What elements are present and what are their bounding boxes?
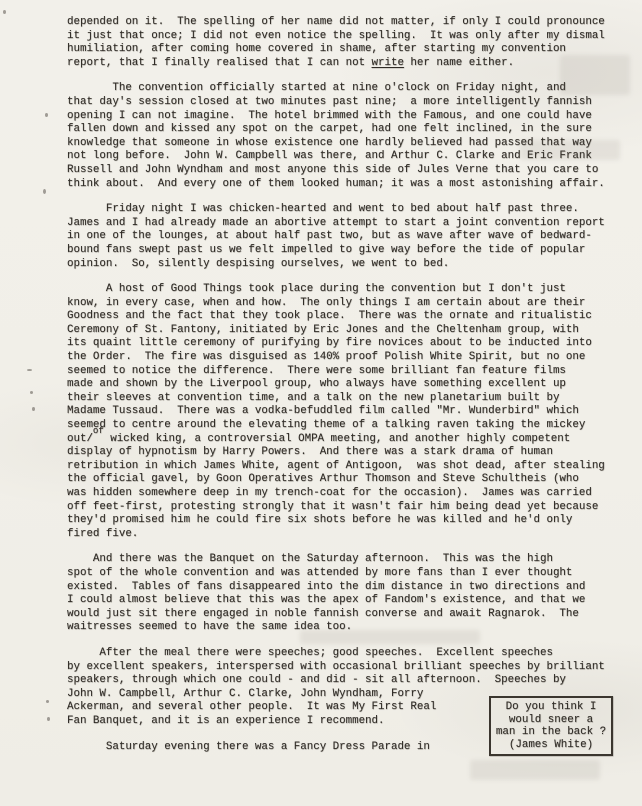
ink-speck [32,407,35,411]
paragraph-4: A host of Good Things took place during … [67,283,615,541]
text-line: they'd promised him he could fire six sh… [67,514,615,528]
text-line: Goodness and the fact that they took pla… [67,310,615,324]
text-line: I could almost believe that this was the… [67,594,615,608]
text-line: display of hypnotism by Harry Powers. An… [67,446,615,460]
document-body: depended on it. The spelling of her name… [67,16,615,766]
text-line: their sleeves at convention time, and a … [67,392,615,406]
text-line: Friday night I was chicken-hearted and w… [67,203,615,217]
text-line: it just that once; I did not even notice… [67,30,615,44]
text-line: After the meal there were speeches; good… [67,647,615,661]
inset-quote-box: Do you think Iwould sneer aman in the ba… [489,696,613,756]
bleed-through-smudge [560,55,630,95]
text-line: know, in every case, when and how. The o… [67,297,615,311]
ink-speck [3,10,6,14]
text-line: opinion. So, silently despising ourselve… [67,258,615,272]
paragraph-1: depended on it. The spelling of her name… [67,16,615,70]
text-line: bound fans swept past us we felt impelle… [67,244,615,258]
text-line: its quaint little ceremony of purifying … [67,337,615,351]
text-line: report, that I finally realised that I c… [67,57,615,71]
text-line: depended on it. The spelling of her name… [67,16,615,30]
text-line: the official gavel, by Goon Operatives A… [67,473,615,487]
text-line: Madame Tussaud. There was a vodka-befudd… [67,405,615,419]
text-line: retribution in which James White, agent … [67,460,615,474]
text-line: that day's session closed at two minutes… [67,96,615,110]
text-line: spot of the whole convention and was att… [67,567,615,581]
text-line: A host of Good Things took place during … [67,283,615,297]
text-line: seemed to centre around the elevating th… [67,419,615,433]
text-line: speakers, through which one could - and … [67,674,615,688]
text-line: The convention officially started at nin… [67,82,615,96]
text-line: by excellent speakers, interspersed with… [67,661,615,675]
text-line: James and I had already made an abortive… [67,217,615,231]
ink-speck [30,391,33,394]
text-line: And there was the Banquet on the Saturda… [67,553,615,567]
text-line: fallen down and kissed any spot on the c… [67,123,615,137]
text-line: would just sit there engaged in noble fa… [67,608,615,622]
text-line: Russell and John Wyndham and most anyone… [67,164,615,178]
text-line: out/of wicked king, a controversial OMPA… [67,433,615,447]
text-line: seemed to notice the difference. There w… [67,365,615,379]
bleed-through-smudge [520,140,620,160]
paragraph-2: The convention officially started at nin… [67,82,615,191]
paragraph-5: And there was the Banquet on the Saturda… [67,553,615,635]
text-line: Ceremony of St. Fantony, initiated by Er… [67,324,615,338]
paragraph-3: Friday night I was chicken-hearted and w… [67,203,615,271]
text-line: humiliation, after coming home covered i… [67,43,615,57]
ink-speck [47,717,50,721]
bleed-through-smudge [470,760,600,780]
text-line: think about. And every one of them looke… [67,178,615,192]
quote-line: man in the back ? [492,726,610,739]
text-line: fired five. [67,528,615,542]
quote-line: Do you think I [492,701,610,714]
ink-speck [45,113,48,117]
text-line: in one of the lounges, at about half pas… [67,230,615,244]
text-line: was hidden somewhere deep in my trench-c… [67,487,615,501]
text-line: opening I can not imagine. The hotel bri… [67,110,615,124]
ink-speck [46,700,49,703]
quote-line: would sneer a [492,714,610,727]
typewritten-page: depended on it. The spelling of her name… [0,0,642,806]
text-line: off feet-first, protesting strongly that… [67,501,615,515]
ink-speck [43,189,46,194]
bleed-through-smudge [300,630,480,644]
text-line: made and shown by the Liverpool group, w… [67,378,615,392]
text-line: the Order. The fire was disguised as 140… [67,351,615,365]
ink-speck [27,369,32,371]
text-line: existed. Tables of fans disappeared into… [67,581,615,595]
quote-line: (James White) [492,739,610,752]
